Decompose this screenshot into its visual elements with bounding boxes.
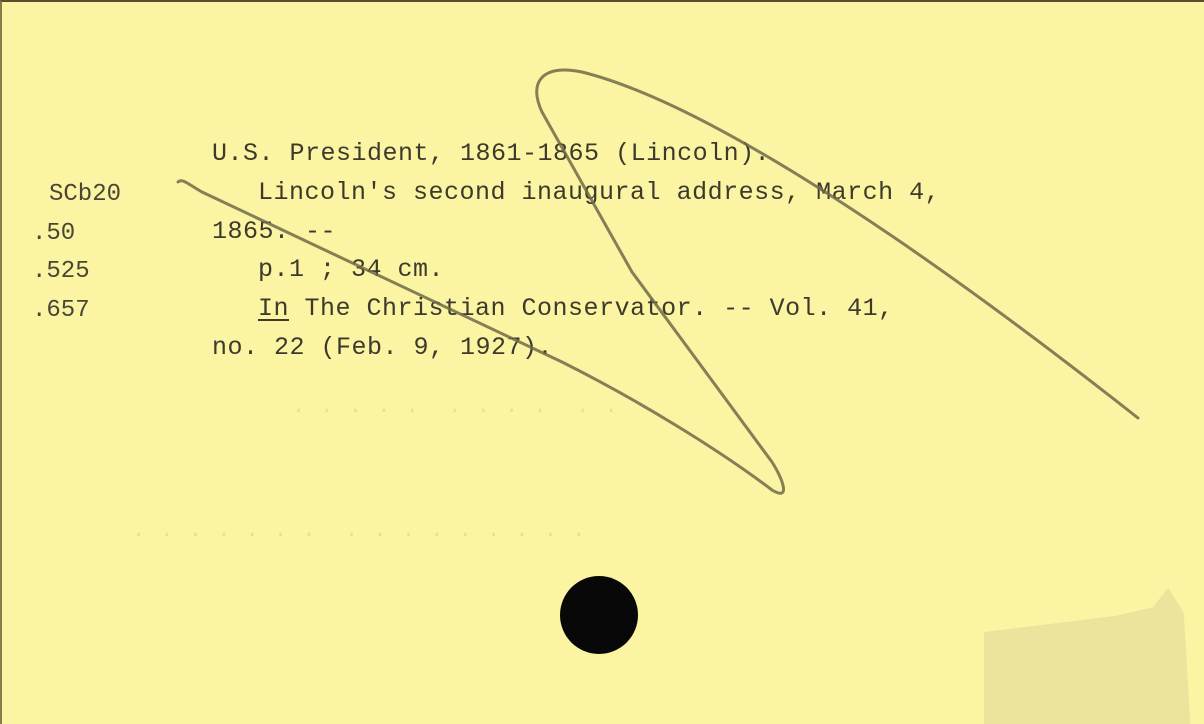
catalog-card: . . . . . . . . . . . . . . . . . . . . … — [0, 0, 1204, 724]
hole-icon — [560, 576, 638, 654]
